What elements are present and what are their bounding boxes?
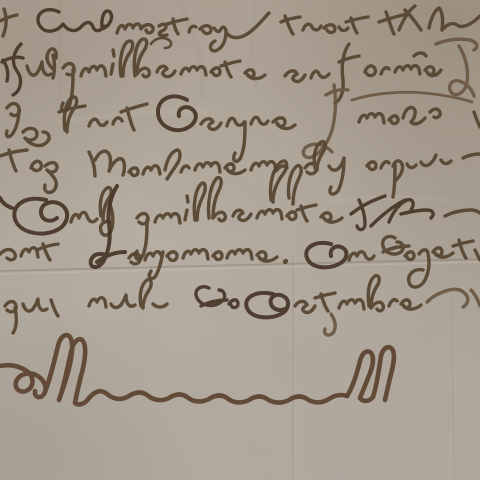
- manuscript-photo: [0, 0, 480, 480]
- parchment-canvas: [0, 0, 480, 480]
